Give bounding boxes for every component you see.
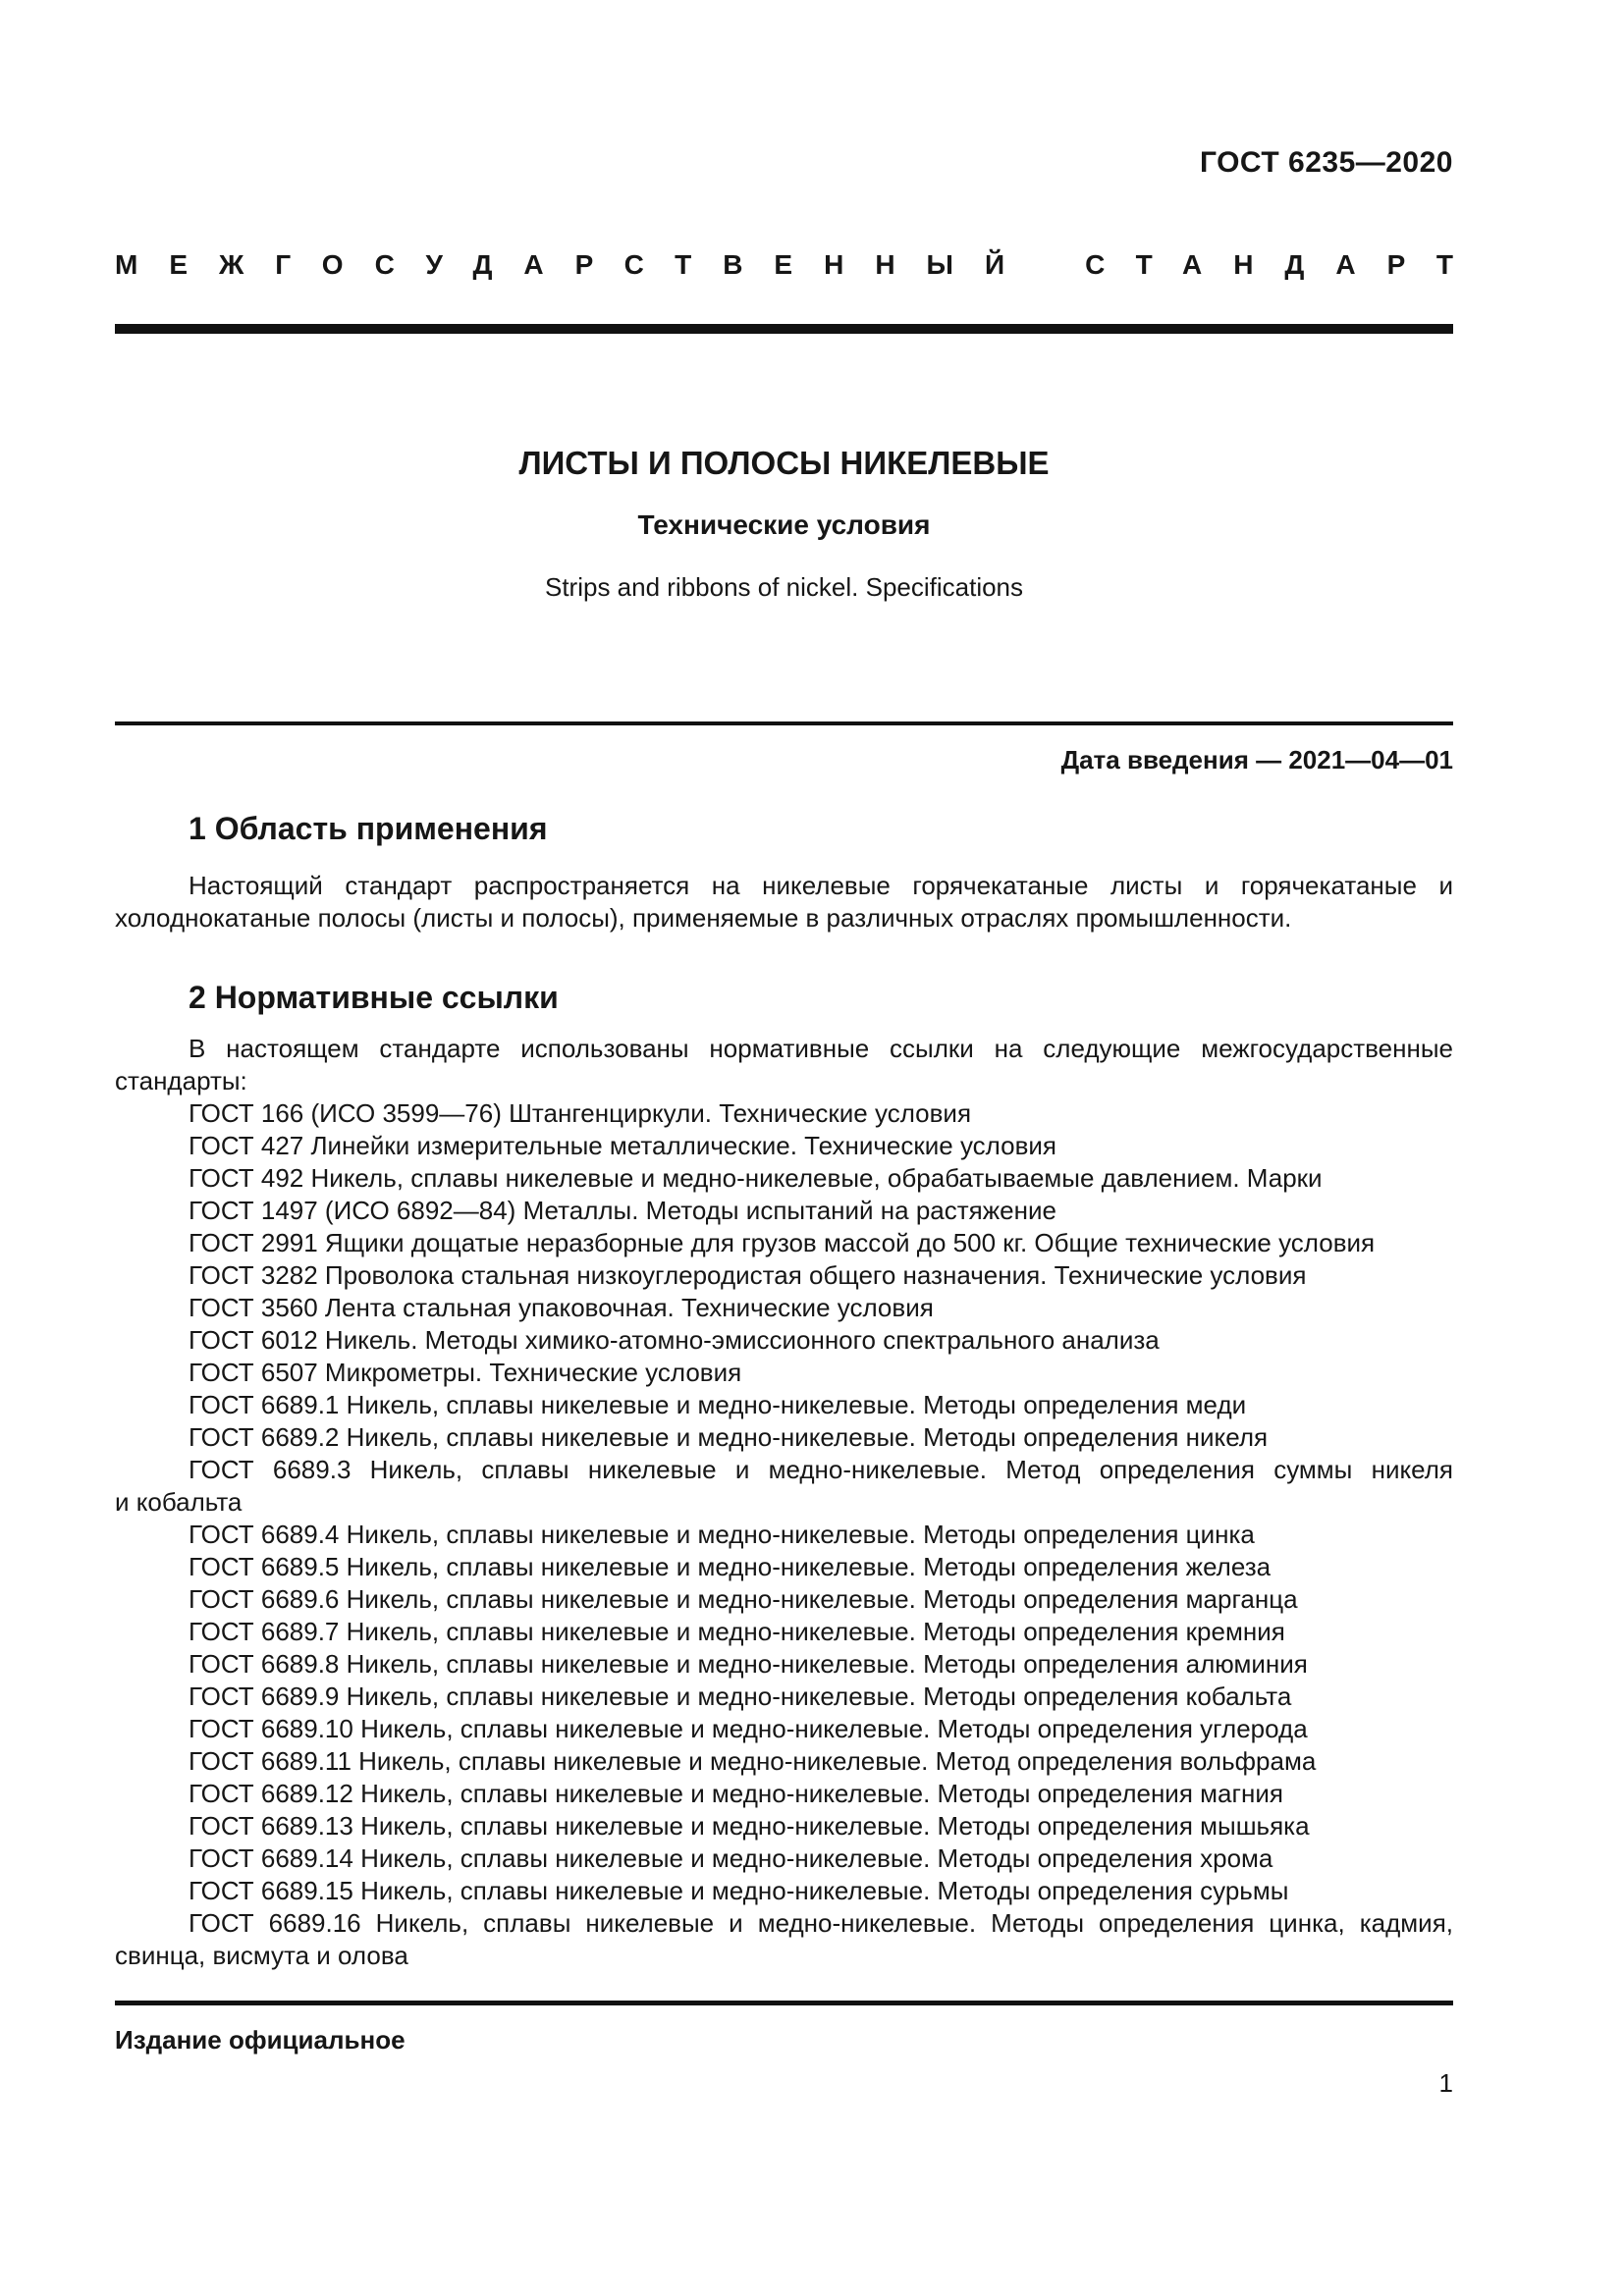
reference-item: ГОСТ 6689.13 Никель, сплавы никелевые и …: [115, 1810, 1453, 1842]
reference-item: ГОСТ 6689.8 Никель, сплавы никелевые и м…: [115, 1648, 1453, 1681]
reference-item: ГОСТ 6689.7 Никель, сплавы никелевые и м…: [115, 1616, 1453, 1648]
reference-item: ГОСТ 1497 (ИСО 6892—84) Металлы. Методы …: [115, 1195, 1453, 1227]
doc-title-en: Strips and ribbons of nickel. Specificat…: [115, 571, 1453, 604]
reference-item: ГОСТ 6689.1 Никель, сплавы никелевые и м…: [115, 1389, 1453, 1421]
reference-item: ГОСТ 6689.15 Никель, сплавы никелевые и …: [115, 1875, 1453, 1907]
banner-word-2: СТАНДАРТ: [1085, 247, 1485, 283]
reference-item: ГОСТ 6689.12 Никель, сплавы никелевые и …: [115, 1778, 1453, 1810]
title-rule: [115, 721, 1453, 725]
reference-item: ГОСТ 2991 Ящики дощатые неразборные для …: [115, 1227, 1453, 1259]
reference-item: ГОСТ 166 (ИСО 3599—76) Штангенциркули. Т…: [115, 1097, 1453, 1130]
reference-item: ГОСТ 6689.6 Никель, сплавы никелевые и м…: [115, 1583, 1453, 1616]
edition-note: Издание официальное: [115, 2024, 406, 2056]
standard-type-banner: МЕЖГОСУДАРСТВЕННЫЙ СТАНДАРТ: [115, 247, 1453, 283]
effective-date: Дата введения — 2021—04—01: [115, 744, 1453, 776]
page-number: 1: [115, 2067, 1453, 2100]
section-2-heading: 2 Нормативные ссылки: [115, 978, 1453, 1017]
section-2-intro: В настоящем стандарте использованы норма…: [115, 1033, 1453, 1097]
document-page: ГОСТ 6235—2020 МЕЖГОСУДАРСТВЕННЫЙ СТАНДА…: [0, 0, 1624, 2296]
reference-item: ГОСТ 3560 Лента стальная упаковочная. Те…: [115, 1292, 1453, 1324]
reference-item: ГОСТ 6689.4 Никель, сплавы никелевые и м…: [115, 1519, 1453, 1551]
reference-item: ГОСТ 6507 Микрометры. Технические услови…: [115, 1357, 1453, 1389]
section-1-heading: 1 Область применения: [115, 809, 1453, 848]
header-rule: [115, 324, 1453, 334]
reference-item: ГОСТ 6012 Никель. Методы химико-атомно-э…: [115, 1324, 1453, 1357]
reference-item: ГОСТ 6689.9 Никель, сплавы никелевые и м…: [115, 1681, 1453, 1713]
reference-item: ГОСТ 6689.2 Никель, сплавы никелевые и м…: [115, 1421, 1453, 1454]
footer-rule: [115, 2001, 1453, 2005]
reference-item: ГОСТ 6689.14 Никель, сплавы никелевые и …: [115, 1842, 1453, 1875]
references-list: ГОСТ 166 (ИСО 3599—76) Штангенциркули. Т…: [115, 1097, 1453, 1972]
reference-item: ГОСТ 6689.5 Никель, сплавы никелевые и м…: [115, 1551, 1453, 1583]
reference-item: ГОСТ 6689.16 Никель, сплавы никелевые и …: [115, 1907, 1453, 1972]
document-body: 1 Область применения Настоящий стандарт …: [115, 809, 1453, 1972]
banner-word-1: МЕЖГОСУДАРСТВЕННЫЙ: [115, 247, 1036, 283]
doc-subtitle: Технические условия: [115, 508, 1453, 542]
doc-title-ru: ЛИСТЫ И ПОЛОСЫ НИКЕЛЕВЫЕ: [115, 444, 1453, 483]
section-1-paragraph: Настоящий стандарт распространяется на н…: [115, 870, 1453, 934]
reference-item: ГОСТ 6689.11 Никель, сплавы никелевые и …: [115, 1745, 1453, 1778]
reference-item: ГОСТ 492 Никель, сплавы никелевые и медн…: [115, 1162, 1453, 1195]
reference-item: ГОСТ 3282 Проволока стальная низкоуглеро…: [115, 1259, 1453, 1292]
reference-item: ГОСТ 6689.3 Никель, сплавы никелевые и м…: [115, 1454, 1453, 1519]
doc-number: ГОСТ 6235—2020: [115, 145, 1453, 181]
reference-item: ГОСТ 6689.10 Никель, сплавы никелевые и …: [115, 1713, 1453, 1745]
reference-item: ГОСТ 427 Линейки измерительные металличе…: [115, 1130, 1453, 1162]
